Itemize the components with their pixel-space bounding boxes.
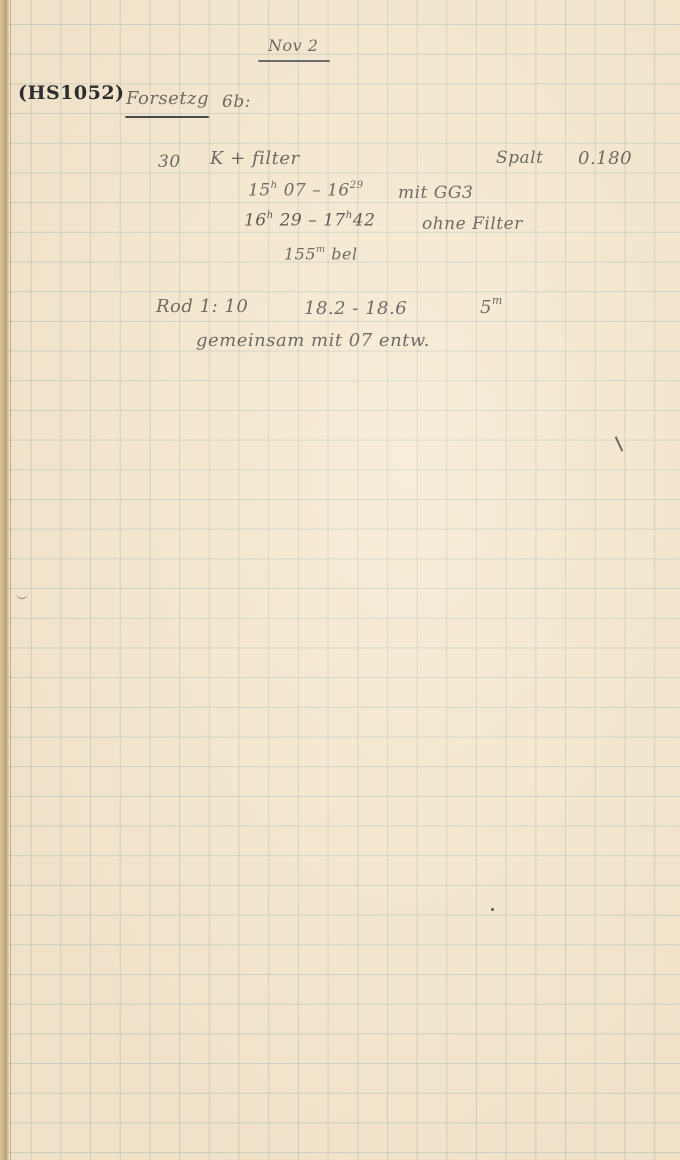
time-end-sup: 29 <box>350 180 364 191</box>
dash: – <box>312 181 321 201</box>
development-note: gemeinsam mit 07 entw. <box>196 330 430 351</box>
time-start-minutes: 07 <box>284 181 307 201</box>
pressure-reading: 155m bel <box>284 244 358 264</box>
time-end: 16 <box>327 181 350 201</box>
reference-number: (HS1052) <box>18 82 125 104</box>
binding-fold-line <box>10 0 11 1160</box>
pressure-unit: bel <box>331 245 357 264</box>
slit-value: 0.180 <box>578 148 632 169</box>
time-start: 16 <box>244 211 267 231</box>
header-underline <box>258 60 330 62</box>
exposure-value: 5 <box>480 297 492 318</box>
rod-label: Rod 1: 10 <box>156 296 248 317</box>
time-start: 15 <box>248 181 271 201</box>
entry-description: K + filter <box>210 148 300 169</box>
time-end-minutes: 42 <box>353 211 376 231</box>
slit-label: Spalt <box>496 148 543 168</box>
dash: – <box>308 211 317 231</box>
time-end-sup: h <box>346 210 353 221</box>
time-range-2-note: ohne Filter <box>422 214 523 234</box>
rod-exposure: 5m <box>480 294 503 318</box>
entry-number: 30 <box>158 152 181 172</box>
time-start-sup: h <box>271 180 278 191</box>
page-header-date: Nov 2 <box>268 36 318 55</box>
stray-pencil-mark <box>615 436 624 451</box>
heading-word: Forsetzg <box>126 88 209 109</box>
pressure-sup: m <box>316 244 326 255</box>
stray-dot <box>491 908 494 911</box>
heading-suffix: 6b: <box>222 92 251 112</box>
stray-arc-mark <box>16 590 28 599</box>
heading-underline <box>125 116 209 118</box>
time-range-1-note: mit GG3 <box>398 183 473 203</box>
time-range-1: 15h 07 – 1629 <box>248 180 364 201</box>
binding-edge <box>0 0 9 1160</box>
time-end: 17 <box>323 211 346 231</box>
time-start-minutes: 29 <box>280 211 303 231</box>
paper-background <box>0 0 680 1160</box>
rod-range: 18.2 - 18.6 <box>304 298 407 319</box>
time-range-2: 16h 29 – 17h42 <box>244 210 375 231</box>
exposure-sup: m <box>492 294 503 307</box>
pressure-value: 155 <box>284 245 316 264</box>
time-start-sup: h <box>267 210 274 221</box>
